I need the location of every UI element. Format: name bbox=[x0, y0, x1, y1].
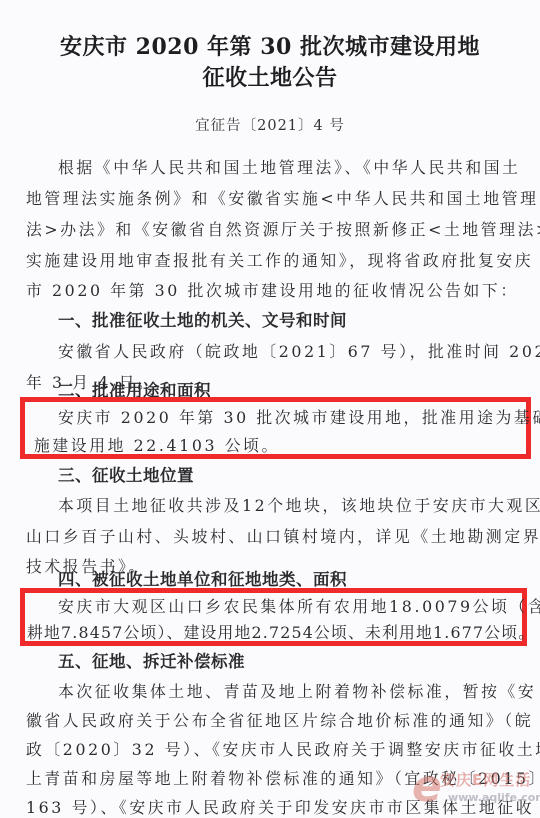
section-text: 安徽省人民政府（皖政地〔2021〕67 号），批准时间 2021 bbox=[58, 339, 540, 362]
section-heading-land-units: 四、被征收土地单位和征地地类、面积 bbox=[58, 566, 347, 590]
section-text: 徽省人民政府关于公布全省征地区片综合地价标准的通知》（皖 bbox=[26, 708, 516, 731]
section-text: 163 号）、《安庆市人民政府关于印发安庆市市区集体土地征收 bbox=[26, 795, 516, 818]
intro-line: 地管理法实施条例》和《安徽省实施<中华人民共和国土地管理 bbox=[26, 186, 516, 209]
section-text: 山口乡百子山村、头坡村、山口镇村境内，详见《土地勘测定界 bbox=[26, 524, 516, 547]
intro-line: 实施建设用地审查报批有关工作的通知》，现将省政府批复安庆 bbox=[26, 248, 516, 271]
section-heading-compensation: 五、征地、拆迁补偿标准 bbox=[58, 648, 245, 672]
section-text: 政〔2020〕32 号）、《安庆市人民政府关于调整安庆市征收土地 bbox=[26, 737, 516, 760]
document-title-line2: 征收土地公告 bbox=[0, 61, 540, 92]
section-text: 安庆市大观区山口乡农民集体所有农用地18.0079公顷（含 bbox=[58, 594, 540, 617]
section-text: 耕地7.8457公顷）、建设用地2.7254公顷、未利用地1.677公顷。 bbox=[27, 620, 517, 643]
section-text: 上青苗和房屋等地上附着物补偿标准的通知》（宜政秘〔2015〕 bbox=[26, 766, 516, 789]
document-number: 宜征告〔2021〕4 号 bbox=[0, 114, 540, 135]
section-text: 施建设用地 22.4103 公顷。 bbox=[34, 433, 524, 456]
section-text: 安庆市 2020 年第 30 批次城市建设用地，批准用途为基础设 bbox=[58, 405, 540, 428]
section-heading-location: 三、征收土地位置 bbox=[58, 462, 194, 486]
section-text: 本项目土地征收共涉及12个地块，该地块位于安庆市大观区 bbox=[58, 493, 540, 516]
intro-line: 根据《中华人民共和国土地管理法》、《中华人民共和国土 bbox=[58, 155, 540, 178]
intro-line: 法>办法》和《安徽省自然资源厅关于按照新修正<土地管理法> bbox=[26, 217, 516, 240]
document-title-line1: 安庆市 2020 年第 30 批次城市建设用地 bbox=[0, 30, 540, 61]
intro-line: 市 2020 年第 30 批次城市建设用地的征收情况公告如下： bbox=[26, 278, 516, 301]
section-heading-approval-authority: 一、批准征收土地的机关、文号和时间 bbox=[58, 307, 347, 331]
section-text: 本次征收集体土地、青苗及地上附着物补偿标准，暂按《安 bbox=[58, 679, 540, 702]
